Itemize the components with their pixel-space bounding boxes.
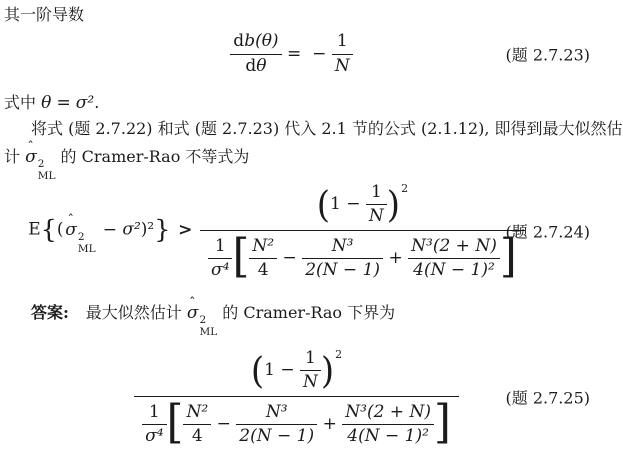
- paragraph-first-derivative: 其一阶导数: [4, 5, 84, 26]
- plus-sign: +: [388, 248, 402, 268]
- subscript-ML: ML: [78, 243, 96, 255]
- one-over-N-fraction: 1N: [300, 349, 321, 392]
- one-over-sigma4-fraction: 1σ⁴: [142, 403, 166, 446]
- equation-2-7-23: db(θ)dθ=−1N (题 2.7.23): [0, 27, 623, 81]
- answer-paragraph: 答案:最大似然估计ˆσ2ML的 Cramer-Rao 下界为: [31, 302, 395, 338]
- equals-sign: =: [56, 93, 70, 113]
- numerator-one: 1: [300, 349, 321, 371]
- denominator-4: 4: [183, 425, 211, 446]
- period: .: [94, 93, 99, 112]
- hat-accent: ˆ: [67, 213, 74, 228]
- open-bracket-large: [: [167, 401, 184, 447]
- denominator-N: N: [366, 205, 387, 226]
- one: 1: [264, 360, 275, 380]
- denominator-N: N: [332, 55, 353, 76]
- numerator-one: 1: [142, 403, 166, 425]
- text-ml-estimate: 最大似然估计: [86, 303, 182, 322]
- open-paren-large: (: [251, 352, 264, 389]
- open-paren-large: (: [317, 186, 330, 223]
- outer-square-exponent: 2: [335, 348, 342, 361]
- answer-label: 答案:: [31, 303, 69, 322]
- minus-sign: −: [217, 414, 231, 434]
- equation-2-7-25: (1−1N)21σ⁴[N²4−N³2(N − 1)+N³(2 + N)4(N −…: [0, 344, 623, 449]
- b-theta: b(θ): [244, 31, 278, 51]
- subscript-ML: ML: [199, 326, 217, 338]
- superscript-2: 2: [78, 231, 85, 243]
- denominator-sigma4: σ⁴: [208, 259, 232, 280]
- open-paren: (: [57, 220, 64, 240]
- expectation-E: E: [28, 220, 40, 240]
- numerator-N2: N²: [183, 403, 211, 425]
- minus-sign: −: [346, 194, 360, 214]
- N3-term-fraction: N³2(N − 1): [236, 403, 317, 446]
- N3-2plusN-fraction: N³(2 + N)4(N − 1)²: [342, 403, 434, 446]
- document-page: 其一阶导数 db(θ)dθ=−1N (题 2.7.23) 式中 θ = σ². …: [0, 0, 623, 468]
- close-bracket-large: ]: [434, 401, 451, 447]
- close-paren-large: ): [387, 186, 400, 223]
- theta: θ: [256, 56, 266, 76]
- numerator-one: 1: [208, 237, 232, 259]
- N2-over-4-fraction: N²4: [183, 403, 211, 446]
- open-bracket-large: [: [232, 235, 249, 281]
- close-paren-large: ): [321, 352, 334, 389]
- theta-symbol: θ: [41, 93, 51, 113]
- cramer-rao-lower-bound: (1−1N)21σ⁴[N²4−N³2(N − 1)+N³(2 + N)4(N −…: [134, 347, 459, 445]
- numerator-N3-2N: N³(2 + N): [408, 237, 500, 259]
- denominator-2N-1: 2(N − 1): [302, 259, 383, 280]
- minus-sign: −: [280, 360, 294, 380]
- numerator-one: 1: [332, 32, 353, 54]
- close-bracket-large: ]: [500, 235, 517, 281]
- text-cramer-rao-lower-bound: 的 Cramer-Rao 下界为: [222, 303, 395, 322]
- derivative-equation: db(θ)dθ=−1N: [230, 32, 352, 75]
- text-ji: 计: [4, 147, 20, 166]
- superscript-2: 2: [38, 158, 45, 170]
- roman-d: d: [233, 31, 244, 51]
- numerator-N3: N³: [236, 403, 317, 425]
- denominator-4N-1sq: 4(N − 1)²: [408, 259, 500, 280]
- denominator-4N-1sq: 4(N − 1)²: [342, 425, 434, 446]
- hat-accent: ˆ: [27, 139, 34, 156]
- one-over-N-fraction: 1N: [332, 32, 353, 75]
- sigma-ml-hat-symbol: ˆσ2ML: [65, 220, 95, 240]
- paragraph-theta-definition: 式中 θ = σ².: [4, 92, 99, 114]
- open-brace: {: [41, 218, 57, 244]
- roman-d: d: [245, 56, 256, 76]
- outer-square-exponent: 2: [401, 182, 408, 195]
- sigma-squared: σ²: [122, 220, 140, 240]
- cramer-rao-inequality: E{(ˆσ2ML−σ²)²}>(1−1N)21σ⁴[N²4−N³2(N − 1)…: [28, 181, 525, 279]
- N3-2plusN-fraction: N³(2 + N)4(N − 1)²: [408, 237, 500, 280]
- sigma-ml-hat-symbol: ˆσ2ML: [187, 303, 217, 323]
- paragraph-substitution-line1: 将式 (题 2.7.22) 和式 (题 2.7.23) 代入 2.1 节的公式 …: [31, 119, 623, 140]
- sigma-squared-symbol: σ²: [76, 93, 94, 113]
- N2-over-4-fraction: N²4: [249, 237, 277, 280]
- text-where: 式中: [4, 93, 36, 112]
- one: 1: [330, 194, 341, 214]
- numerator-N3: N³: [302, 237, 383, 259]
- equals-sign: =: [287, 44, 301, 64]
- superscript-2: 2: [199, 314, 206, 326]
- cramer-rao-fraction: (1−1N)21σ⁴[N²4−N³2(N − 1)+N³(2 + N)4(N −…: [134, 347, 459, 445]
- cramer-rao-fraction: (1−1N)21σ⁴[N²4−N³2(N − 1)+N³(2 + N)4(N −…: [200, 181, 525, 279]
- sigma-ml-hat-symbol: ˆσ2ML: [25, 147, 55, 167]
- derivative-fraction: db(θ)dθ: [230, 32, 281, 75]
- N3-term-fraction: N³2(N − 1): [302, 237, 383, 280]
- minus-sign: −: [283, 248, 297, 268]
- minus-sign: −: [103, 220, 117, 240]
- equation-number-label: (题 2.7.24): [506, 219, 590, 242]
- hat-accent: ˆ: [189, 295, 196, 312]
- minus-sign: −: [312, 44, 326, 64]
- numerator-N2: N²: [249, 237, 277, 259]
- paragraph-substitution-line2: 计ˆσ2ML的 Cramer-Rao 不等式为: [4, 146, 249, 182]
- close-paren-squared: )²: [141, 220, 154, 240]
- equation-number-label: (题 2.7.23): [506, 43, 590, 66]
- equation-number-label: (题 2.7.25): [506, 385, 590, 408]
- one-over-sigma4-fraction: 1σ⁴: [208, 237, 232, 280]
- plus-sign: +: [323, 414, 337, 434]
- text-cramer-rao-inequality: 的 Cramer-Rao 不等式为: [61, 147, 250, 166]
- close-brace: }: [154, 218, 170, 244]
- equation-2-7-24: E{(ˆσ2ML−σ²)²}>(1−1N)21σ⁴[N²4−N³2(N − 1)…: [0, 180, 623, 281]
- one-over-N-fraction: 1N: [366, 183, 387, 226]
- numerator-one: 1: [366, 183, 387, 205]
- denominator-4: 4: [249, 259, 277, 280]
- denominator-sigma4: σ⁴: [142, 425, 166, 446]
- denominator-N: N: [300, 371, 321, 392]
- denominator-2N-1: 2(N − 1): [236, 425, 317, 446]
- greater-than-sign: >: [178, 220, 192, 240]
- numerator-N3-2N: N³(2 + N): [342, 403, 434, 425]
